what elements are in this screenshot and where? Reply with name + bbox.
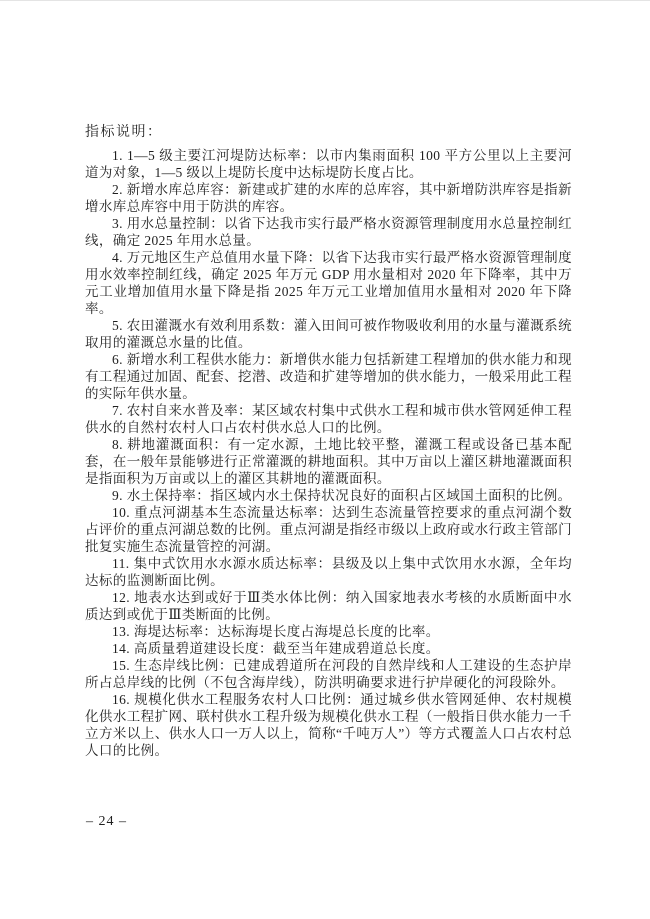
indicator-item-16: 16. 规模化供水工程服务农村人口比例：通过城乡供水管网延伸、农村规模化供水工程…: [85, 691, 572, 759]
scan-edge-artifact: [0, 0, 650, 1]
indicator-item-13: 13. 海堤达标率：达标海堤长度占海堤总长度的比率。: [85, 623, 572, 640]
indicator-item-3: 3. 用水总量控制：以省下达我市实行最严格水资源管理制度用水总量控制红线，确定 …: [85, 215, 572, 249]
indicator-definitions-list: 1. 1—5 级主要江河堤防达标率：以市内集雨面积 100 平方公里以上主要河道…: [85, 147, 572, 759]
indicator-item-15: 15. 生态岸线比例：已建成碧道所在河段的自然岸线和人工建设的生态护岸所占总岸线…: [85, 657, 572, 691]
indicator-item-6: 6. 新增水利工程供水能力：新增供水能力包括新建工程增加的供水能力和现有工程通过…: [85, 351, 572, 402]
indicator-item-10: 10. 重点河湖基本生态流量达标率：达到生态流量管控要求的重点河湖个数占评价的重…: [85, 504, 572, 555]
document-page: 指标说明： 1. 1—5 级主要江河堤防达标率：以市内集雨面积 100 平方公里…: [0, 0, 650, 919]
indicator-item-5: 5. 农田灌溉水有效利用系数：灌入田间可被作物吸收利用的水量与灌溉系统取用的灌溉…: [85, 317, 572, 351]
indicator-item-11: 11. 集中式饮用水水源水质达标率：县级及以上集中式饮用水水源，全年均达标的监测…: [85, 555, 572, 589]
indicator-item-1: 1. 1—5 级主要江河堤防达标率：以市内集雨面积 100 平方公里以上主要河道…: [85, 147, 572, 181]
document-title: 指标说明：: [85, 121, 163, 141]
indicator-item-4: 4. 万元地区生产总值用水量下降：以省下达我市实行最严格水资源管理制度用水效率控…: [85, 249, 572, 317]
page-number: – 24 –: [86, 814, 127, 830]
indicator-item-8: 8. 耕地灌溉面积：有一定水源，土地比较平整，灌溉工程或设备已基本配套，在一般年…: [85, 436, 572, 487]
indicator-item-12: 12. 地表水达到或好于Ⅲ类水体比例：纳入国家地表水考核的水质断面中水质达到或优…: [85, 589, 572, 623]
indicator-item-2: 2. 新增水库总库容：新建或扩建的水库的总库容，其中新增防洪库容是指新增水库总库…: [85, 181, 572, 215]
indicator-item-9: 9. 水土保持率：指区域内水土保持状况良好的面积占区域国土面积的比例。: [85, 487, 572, 504]
indicator-item-14: 14. 高质量碧道建设长度：截至当年建成碧道总长度。: [85, 640, 572, 657]
indicator-item-7: 7. 农村自来水普及率：某区域农村集中式供水工程和城市供水管网延伸工程供水的自然…: [85, 402, 572, 436]
